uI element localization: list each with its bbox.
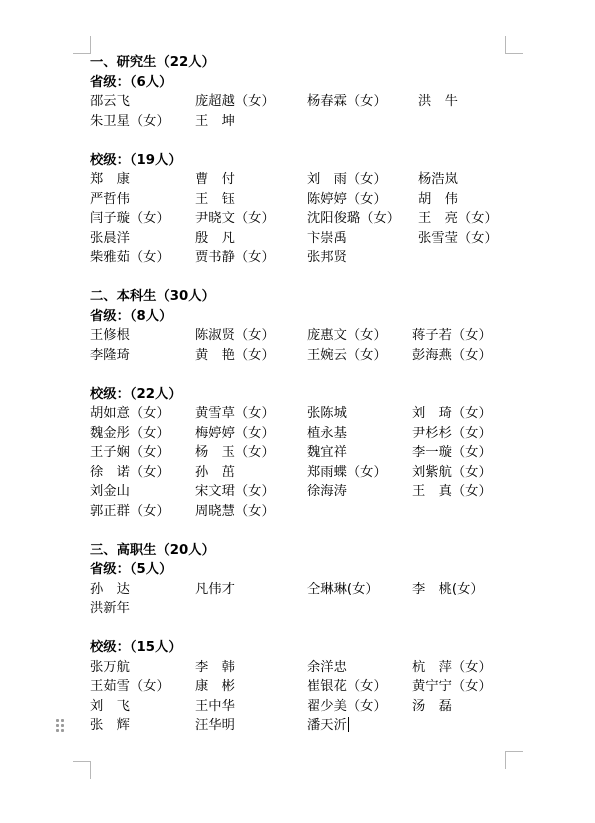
person-name: 卞崇禹	[307, 229, 347, 249]
person-name: 殷 凡	[195, 229, 235, 249]
person-name: 庞惠文（女）	[307, 326, 387, 346]
person-name: 张万航	[90, 658, 130, 678]
person-name: 李 韩	[195, 658, 235, 678]
paragraph-drag-handle-icon[interactable]	[56, 719, 64, 731]
blank-line	[90, 131, 510, 151]
person-name: 王修根	[90, 326, 130, 346]
person-name: 孙 达	[90, 580, 130, 600]
person-name: 王茹雪（女）	[90, 677, 170, 697]
name-row: 徐 诺（女）孙 茁郑雨蝶（女）刘紫航（女）	[90, 463, 510, 483]
person-name: 贾书静（女）	[195, 248, 275, 268]
person-name: 杨浩岚	[418, 170, 458, 190]
person-name: 陈淑贤（女）	[195, 326, 275, 346]
person-name: 王 真（女）	[412, 482, 492, 502]
person-name: 朱卫星（女）	[90, 112, 170, 132]
person-name: 王 亮（女）	[418, 209, 498, 229]
name-row: 张万航李 韩余洋忠杭 萍（女）	[90, 658, 510, 678]
person-name: 汪华明	[195, 716, 235, 736]
person-name: 崔银花（女）	[307, 677, 387, 697]
blank-line	[90, 521, 510, 541]
document-body[interactable]: 一、研究生（22人）省级：（6人）邵云飞庞超越（女）杨春霖（女）洪 牛朱卫星（女…	[90, 53, 510, 736]
page-corner-mark-bottom-left	[73, 761, 91, 779]
name-row: 魏金彤（女）梅婷婷（女）植永基尹杉杉（女）	[90, 424, 510, 444]
name-row: 郭正群（女）周晓慧（女）	[90, 502, 510, 522]
name-row: 邵云飞庞超越（女）杨春霖（女）洪 牛	[90, 92, 510, 112]
person-name: 植永基	[307, 424, 347, 444]
person-name: 尹杉杉（女）	[412, 424, 492, 444]
person-name: 胡 伟	[418, 190, 458, 210]
person-name: 张陈城	[307, 404, 347, 424]
name-row: 张晨洋殷 凡卞崇禹张雪莹（女）	[90, 229, 510, 249]
person-name: 张 辉	[90, 716, 130, 736]
section-heading: 三、高职生（20人）	[90, 541, 510, 561]
name-row: 孙 达凡伟才仝琳琳(女）李 桃(女）	[90, 580, 510, 600]
person-name: 杭 萍（女）	[412, 658, 492, 678]
person-name: 康 彬	[195, 677, 235, 697]
person-name: 仝琳琳(女）	[307, 580, 379, 600]
person-name: 李隆琦	[90, 346, 130, 366]
person-name: 王中华	[195, 697, 235, 717]
name-row: 郑 康曹 付刘 雨（女）杨浩岚	[90, 170, 510, 190]
person-name: 余洋忠	[307, 658, 347, 678]
person-name: 陈婷婷（女）	[307, 190, 387, 210]
person-name: 严哲伟	[90, 190, 130, 210]
person-name: 郑 康	[90, 170, 130, 190]
person-name: 闫子璇（女）	[90, 209, 170, 229]
person-name: 彭海燕（女）	[412, 346, 492, 366]
person-name: 刘紫航（女）	[412, 463, 492, 483]
group-label: 校级：（22人）	[90, 385, 510, 405]
person-name: 洪 牛	[418, 92, 458, 112]
person-name: 王 坤	[195, 112, 235, 132]
name-row: 王茹雪（女）康 彬崔银花（女）黄宁宁（女）	[90, 677, 510, 697]
person-name: 杨春霖（女）	[307, 92, 387, 112]
person-name: 邵云飞	[90, 92, 130, 112]
name-row: 闫子璇（女）尹晓文（女）沈阳俊璐（女）王 亮（女）	[90, 209, 510, 229]
name-row: 严哲伟王 钰陈婷婷（女）胡 伟	[90, 190, 510, 210]
person-name: 李一璇（女）	[412, 443, 492, 463]
person-name: 周晓慧（女）	[195, 502, 275, 522]
person-name: 刘 雨（女）	[307, 170, 387, 190]
person-name: 宋文珺（女）	[195, 482, 275, 502]
group-label: 省级：（6人）	[90, 73, 510, 93]
person-name: 黄雪草（女）	[195, 404, 275, 424]
person-name: 孙 茁	[195, 463, 235, 483]
person-name: 胡如意（女）	[90, 404, 170, 424]
person-name: 徐海涛	[307, 482, 347, 502]
group-label: 省级：（5人）	[90, 560, 510, 580]
page-corner-mark-top-right	[505, 36, 523, 54]
person-name: 凡伟才	[195, 580, 235, 600]
section-heading: 二、本科生（30人）	[90, 287, 510, 307]
name-row: 王修根陈淑贤（女）庞惠文（女）蒋子若（女）	[90, 326, 510, 346]
person-name: 王婉云（女）	[307, 346, 387, 366]
name-row: 洪新年	[90, 599, 510, 619]
person-name: 潘天沂	[307, 716, 349, 736]
person-name: 王 钰	[195, 190, 235, 210]
name-row: 朱卫星（女）王 坤	[90, 112, 510, 132]
section-heading: 一、研究生（22人）	[90, 53, 510, 73]
person-name: 徐 诺（女）	[90, 463, 170, 483]
person-name: 黄宁宁（女）	[412, 677, 492, 697]
person-name: 魏金彤（女）	[90, 424, 170, 444]
group-label: 校级：（15人）	[90, 638, 510, 658]
page-corner-mark-top-left	[73, 36, 91, 54]
name-row: 刘金山宋文珺（女）徐海涛王 真（女）	[90, 482, 510, 502]
person-name: 刘 飞	[90, 697, 130, 717]
person-name: 曹 付	[195, 170, 235, 190]
person-name: 李 桃(女）	[412, 580, 484, 600]
person-name: 魏宜祥	[307, 443, 347, 463]
person-name: 刘 琦（女）	[412, 404, 492, 424]
page-corner-mark-bottom-right	[505, 751, 523, 769]
group-label: 校级：（19人）	[90, 151, 510, 171]
blank-line	[90, 268, 510, 288]
person-name: 刘金山	[90, 482, 130, 502]
person-name: 汤 磊	[412, 697, 452, 717]
person-name: 翟少美（女）	[307, 697, 387, 717]
person-name: 庞超越（女）	[195, 92, 275, 112]
person-name: 张邦贤	[307, 248, 347, 268]
name-row: 刘 飞王中华翟少美（女）汤 磊	[90, 697, 510, 717]
name-row: 王子娴（女）杨 玉（女）魏宜祥李一璇（女）	[90, 443, 510, 463]
person-name: 杨 玉（女）	[195, 443, 275, 463]
person-name: 郭正群（女）	[90, 502, 170, 522]
name-row: 柴雅茹（女）贾书静（女）张邦贤	[90, 248, 510, 268]
blank-line	[90, 619, 510, 639]
person-name: 张晨洋	[90, 229, 130, 249]
name-row: 胡如意（女）黄雪草（女）张陈城刘 琦（女）	[90, 404, 510, 424]
person-name: 梅婷婷（女）	[195, 424, 275, 444]
person-name: 蒋子若（女）	[412, 326, 492, 346]
person-name: 沈阳俊璐（女）	[307, 209, 400, 229]
person-name: 洪新年	[90, 599, 130, 619]
person-name: 王子娴（女）	[90, 443, 170, 463]
person-name: 郑雨蝶（女）	[307, 463, 387, 483]
name-row: 李隆琦黄 艳（女）王婉云（女）彭海燕（女）	[90, 346, 510, 366]
person-name: 张雪莹（女）	[418, 229, 498, 249]
person-name: 柴雅茹（女）	[90, 248, 170, 268]
group-label: 省级：（8人）	[90, 307, 510, 327]
person-name: 尹晓文（女）	[195, 209, 275, 229]
person-name: 黄 艳（女）	[195, 346, 275, 366]
blank-line	[90, 365, 510, 385]
text-cursor	[348, 717, 349, 732]
name-row: 张 辉汪华明潘天沂	[90, 716, 510, 736]
